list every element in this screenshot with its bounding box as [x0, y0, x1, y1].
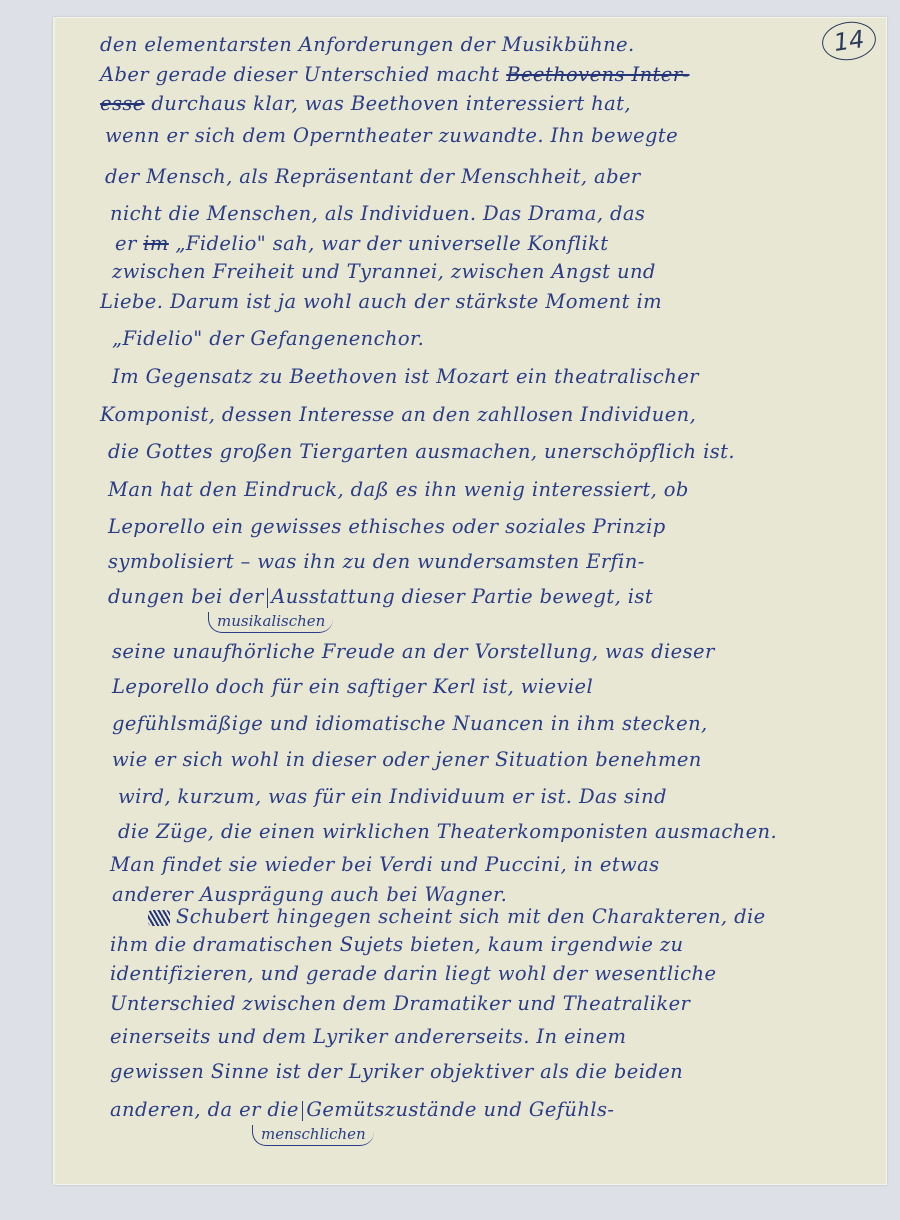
- line-text: wie er sich wohl in dieser oder jener Si…: [112, 748, 702, 771]
- line-text: wird, kurzum, was für ein Individuum er …: [118, 785, 667, 808]
- manuscript-line: dungen bei derAusstattung dieser Partie …: [108, 585, 653, 609]
- manuscript-line: Aber gerade dieser Unterschied macht Bee…: [100, 63, 689, 87]
- line-text: Leporello doch für ein saftiger Kerl ist…: [112, 675, 593, 698]
- struck-text: im: [143, 232, 169, 255]
- line-text: Leporello ein gewisses ethisches oder so…: [108, 515, 666, 538]
- line-text: Komponist, dessen Interesse an den zahll…: [100, 403, 696, 426]
- line-text: dungen bei der: [108, 585, 264, 608]
- line-text: Schubert hingegen scheint sich mit den C…: [176, 905, 766, 928]
- line-text: Man findet sie wieder bei Verdi und Pucc…: [110, 853, 660, 876]
- manuscript-line: anderer Ausprägung auch bei Wagner.: [112, 883, 507, 907]
- line-text: nicht die Menschen, als Individuen. Das …: [110, 202, 645, 225]
- manuscript-line: nicht die Menschen, als Individuen. Das …: [110, 202, 645, 226]
- interlinear-insertion: menschlichen: [252, 1125, 374, 1146]
- line-text: ihm die dramatischen Sujets bieten, kaum…: [110, 933, 684, 956]
- struck-text: Beethovens Inter-: [506, 63, 689, 86]
- line-text: „Fidelio" sah, war der universelle Konfl…: [175, 232, 608, 255]
- line-text: die Gottes großen Tiergarten ausmachen, …: [108, 440, 735, 463]
- manuscript-line: die Züge, die einen wirklichen Theaterko…: [118, 820, 777, 844]
- manuscript-line: die Gottes großen Tiergarten ausmachen, …: [108, 440, 735, 464]
- line-text: Im Gegensatz zu Beethoven ist Mozart ein…: [112, 365, 699, 388]
- struck-text: esse: [100, 92, 145, 115]
- manuscript-line: wie er sich wohl in dieser oder jener Si…: [112, 748, 702, 772]
- line-text: durchaus klar, was Beethoven interessier…: [151, 92, 631, 115]
- manuscript-line: symbolisiert – was ihn zu den wundersams…: [108, 550, 645, 574]
- manuscript-line: Schubert hingegen scheint sich mit den C…: [148, 905, 766, 929]
- line-text: anderer Ausprägung auch bei Wagner.: [112, 883, 507, 906]
- manuscript-line: Im Gegensatz zu Beethoven ist Mozart ein…: [112, 365, 699, 389]
- insertion-text: menschlichen: [261, 1125, 366, 1143]
- manuscript-line: einerseits und dem Lyriker andererseits.…: [110, 1025, 626, 1049]
- manuscript-line: seine unaufhörliche Freude an der Vorste…: [112, 640, 715, 664]
- manuscript-line: anderen, da er dieGemütszustände und Gef…: [110, 1098, 614, 1122]
- line-text: einerseits und dem Lyriker andererseits.…: [110, 1025, 626, 1048]
- manuscript-line: esse durchaus klar, was Beethoven intere…: [100, 92, 631, 116]
- manuscript-line: den elementarsten Anforderungen der Musi…: [100, 33, 635, 57]
- line-text: gefühlsmäßige und idiomatische Nuancen i…: [112, 712, 708, 735]
- line-text: „Fidelio" der Gefangenenchor.: [112, 327, 424, 350]
- page-number: 14: [832, 25, 866, 57]
- insertion-caret: [267, 588, 269, 608]
- line-text: Unterschied zwischen dem Dramatiker und …: [110, 992, 690, 1015]
- line-text: die Züge, die einen wirklichen Theaterko…: [118, 820, 777, 843]
- insertion-text: musikalischen: [217, 612, 325, 630]
- line-text: er: [115, 232, 137, 255]
- line-text: anderen, da er die: [110, 1098, 299, 1121]
- manuscript-line: gewissen Sinne ist der Lyriker objektive…: [110, 1060, 683, 1084]
- line-text: den elementarsten Anforderungen der Musi…: [100, 33, 635, 56]
- manuscript-line: er im „Fidelio" sah, war der universelle…: [115, 232, 609, 256]
- manuscript-line: Leporello ein gewisses ethisches oder so…: [108, 515, 666, 539]
- line-text: Liebe. Darum ist ja wohl auch der stärks…: [100, 290, 662, 313]
- manuscript-line: gefühlsmäßige und idiomatische Nuancen i…: [112, 712, 708, 736]
- manuscript-line: ihm die dramatischen Sujets bieten, kaum…: [110, 933, 684, 957]
- line-text: wenn er sich dem Operntheater zuwandte. …: [105, 124, 678, 147]
- manuscript-line: „Fidelio" der Gefangenenchor.: [112, 327, 424, 351]
- line-text: Ausstattung dieser Partie bewegt, ist: [271, 585, 653, 608]
- manuscript-line: Man findet sie wieder bei Verdi und Pucc…: [110, 853, 660, 877]
- manuscript-line: der Mensch, als Repräsentant der Menschh…: [105, 165, 641, 189]
- line-text: Man hat den Eindruck, daß es ihn wenig i…: [108, 478, 689, 501]
- manuscript-line: Leporello doch für ein saftiger Kerl ist…: [112, 675, 593, 699]
- manuscript-line: Unterschied zwischen dem Dramatiker und …: [110, 992, 690, 1016]
- line-text: zwischen Freiheit und Tyrannei, zwischen…: [112, 260, 656, 283]
- manuscript-line: identifizieren, und gerade darin liegt w…: [110, 962, 716, 986]
- manuscript-line: wird, kurzum, was für ein Individuum er …: [118, 785, 667, 809]
- line-text: seine unaufhörliche Freude an der Vorste…: [112, 640, 715, 663]
- manuscript-line: Man hat den Eindruck, daß es ihn wenig i…: [108, 478, 689, 502]
- line-text: symbolisiert – was ihn zu den wundersams…: [108, 550, 645, 573]
- line-text: gewissen Sinne ist der Lyriker objektive…: [110, 1060, 683, 1083]
- ink-scribble-mark: [148, 910, 170, 926]
- manuscript-line: Komponist, dessen Interesse an den zahll…: [100, 403, 696, 427]
- line-text: identifizieren, und gerade darin liegt w…: [110, 962, 716, 985]
- manuscript-line: Liebe. Darum ist ja wohl auch der stärks…: [100, 290, 662, 314]
- line-text: der Mensch, als Repräsentant der Menschh…: [105, 165, 641, 188]
- manuscript-line: zwischen Freiheit und Tyrannei, zwischen…: [112, 260, 656, 284]
- line-text: Gemütszustände und Gefühls-: [306, 1098, 614, 1121]
- line-text: Aber gerade dieser Unterschied macht: [100, 63, 500, 86]
- interlinear-insertion: musikalischen: [208, 612, 333, 633]
- insertion-caret: [302, 1101, 304, 1121]
- manuscript-line: wenn er sich dem Operntheater zuwandte. …: [105, 124, 678, 148]
